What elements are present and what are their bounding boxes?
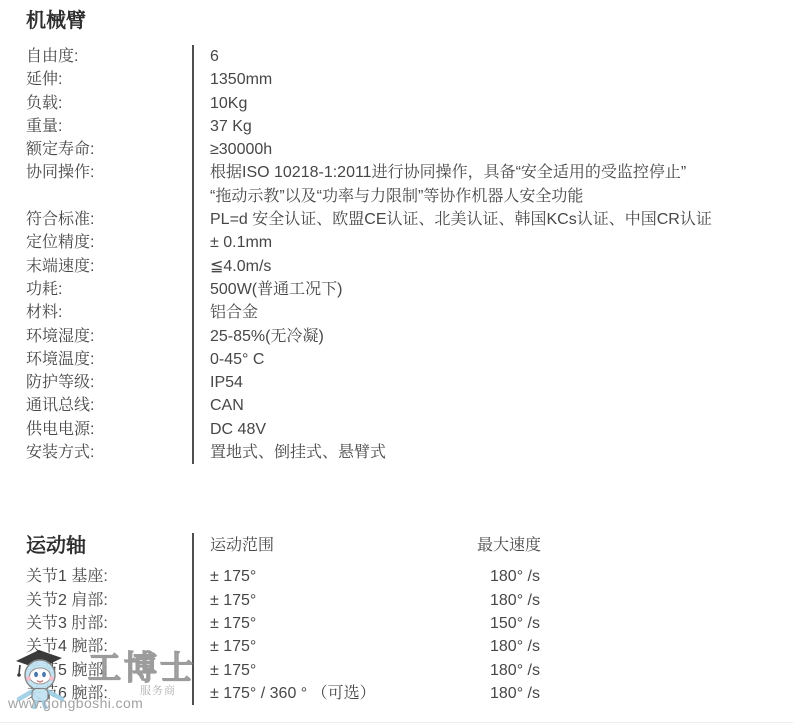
table-row: 环境湿度: 25-85%(无冷凝): [26, 325, 786, 348]
spec-label: 末端速度:: [26, 255, 192, 278]
table-row: 关节6 腕部: ± 175° / 360 ° （可选） 180° /s: [26, 682, 786, 705]
table-row: 自由度: 6: [26, 45, 786, 68]
table-row: 负载: 10Kg: [26, 92, 786, 115]
section-title-arm: 机械臂: [26, 9, 786, 33]
axes-header-row: 运动轴 运动范围 最大速度: [26, 533, 786, 565]
spec-label: 自由度:: [26, 45, 192, 68]
spec-label: 安装方式:: [26, 441, 192, 464]
joint-speed: 180° /s: [461, 589, 786, 612]
spec-value: 铝合金: [192, 301, 786, 324]
spec-label: 防护等级:: [26, 371, 192, 394]
column-header-speed: 最大速度: [461, 533, 786, 565]
spec-value: 10Kg: [192, 92, 786, 115]
table-row: 定位精度: ± 0.1mm: [26, 231, 786, 254]
joint-speed: 180° /s: [461, 565, 786, 588]
table-row: 安装方式: 置地式、倒挂式、悬臂式: [26, 441, 786, 464]
table-row: 关节2 肩部: ± 175° 180° /s: [26, 589, 786, 612]
joint-speed: 150° /s: [461, 612, 786, 635]
table-row: 关节1 基座: ± 175° 180° /s: [26, 565, 786, 588]
spec-label: 负载:: [26, 92, 192, 115]
spec-value: 0-45° C: [192, 348, 786, 371]
bottom-divider: [0, 722, 793, 723]
joint-label: 关节6 腕部:: [26, 682, 192, 705]
spec-label: 重量:: [26, 115, 192, 138]
spec-label: 符合标准:: [26, 208, 192, 231]
joint-speed: 180° /s: [461, 635, 786, 658]
spec-label: 供电电源:: [26, 418, 192, 441]
section-robotic-arm: 机械臂 自由度: 6 延伸: 1350mm 负载: 10Kg 重量: 37 Kg…: [26, 9, 786, 464]
spec-label: 协同操作:: [26, 161, 192, 208]
joint-range: ± 175°: [192, 612, 461, 635]
spec-label: 通讯总线:: [26, 394, 192, 417]
table-row: 防护等级: IP54: [26, 371, 786, 394]
column-header-range: 运动范围: [192, 533, 461, 565]
spec-value: PL=d 安全认证、欧盟CE认证、北美认证、韩国KCs认证、中国CR认证: [192, 208, 786, 231]
table-row: 协同操作: 根据ISO 10218-1:2011进行协同操作，具备“安全适用的受…: [26, 161, 786, 208]
joint-label: 关节4 腕部:: [26, 635, 192, 658]
table-row: 关节3 肘部: ± 175° 150° /s: [26, 612, 786, 635]
arm-spec-table: 自由度: 6 延伸: 1350mm 负载: 10Kg 重量: 37 Kg 额定寿…: [26, 45, 786, 464]
table-row: 通讯总线: CAN: [26, 394, 786, 417]
spec-label: 额定寿命:: [26, 138, 192, 161]
table-row: 符合标准: PL=d 安全认证、欧盟CE认证、北美认证、韩国KCs认证、中国CR…: [26, 208, 786, 231]
spec-value: 25-85%(无冷凝): [192, 325, 786, 348]
spec-value: IP54: [192, 371, 786, 394]
section-motion-axes: 运动轴 运动范围 最大速度 关节1 基座: ± 175° 180° /s 关节2…: [26, 533, 786, 705]
table-row: 功耗: 500W(普通工况下): [26, 278, 786, 301]
spec-label: 环境湿度:: [26, 325, 192, 348]
joint-range: ± 175°: [192, 589, 461, 612]
joint-speed: 180° /s: [461, 682, 786, 705]
joint-range: ± 175°: [192, 659, 461, 682]
joint-label: 关节1 基座:: [26, 565, 192, 588]
joint-range: ± 175°: [192, 565, 461, 588]
table-row: 末端速度: ≦4.0m/s: [26, 255, 786, 278]
spec-value: CAN: [192, 394, 786, 417]
spec-value: 500W(普通工况下): [192, 278, 786, 301]
spec-value: DC 48V: [192, 418, 786, 441]
table-row: 重量: 37 Kg: [26, 115, 786, 138]
joint-label: 关节3 肘部:: [26, 612, 192, 635]
spec-value: 1350mm: [192, 68, 786, 91]
spec-value: 根据ISO 10218-1:2011进行协同操作，具备“安全适用的受监控停止” …: [192, 161, 786, 208]
table-row: 关节5 腕部: ± 175° 180° /s: [26, 659, 786, 682]
spec-value: ± 0.1mm: [192, 231, 786, 254]
section-title-axes: 运动轴: [26, 533, 192, 565]
joint-label: 关节5 腕部:: [26, 659, 192, 682]
spec-label: 环境温度:: [26, 348, 192, 371]
spec-value: 6: [192, 45, 786, 68]
joint-label: 关节2 肩部:: [26, 589, 192, 612]
table-row: 供电电源: DC 48V: [26, 418, 786, 441]
spec-label: 定位精度:: [26, 231, 192, 254]
spec-label: 功耗:: [26, 278, 192, 301]
joint-range: ± 175°: [192, 635, 461, 658]
table-row: 延伸: 1350mm: [26, 68, 786, 91]
table-row: 额定寿命: ≥30000h: [26, 138, 786, 161]
table-row: 环境温度: 0-45° C: [26, 348, 786, 371]
table-row: 材料: 铝合金: [26, 301, 786, 324]
spec-value: ≦4.0m/s: [192, 255, 786, 278]
joint-speed: 180° /s: [461, 659, 786, 682]
spec-value: 37 Kg: [192, 115, 786, 138]
joint-range: ± 175° / 360 ° （可选）: [192, 682, 461, 705]
table-row: 关节4 腕部: ± 175° 180° /s: [26, 635, 786, 658]
spec-label: 材料:: [26, 301, 192, 324]
spec-sheet: 机械臂 自由度: 6 延伸: 1350mm 负载: 10Kg 重量: 37 Kg…: [0, 0, 793, 725]
spec-value: 置地式、倒挂式、悬臂式: [192, 441, 786, 464]
spec-label: 延伸:: [26, 68, 192, 91]
spec-value: ≥30000h: [192, 138, 786, 161]
